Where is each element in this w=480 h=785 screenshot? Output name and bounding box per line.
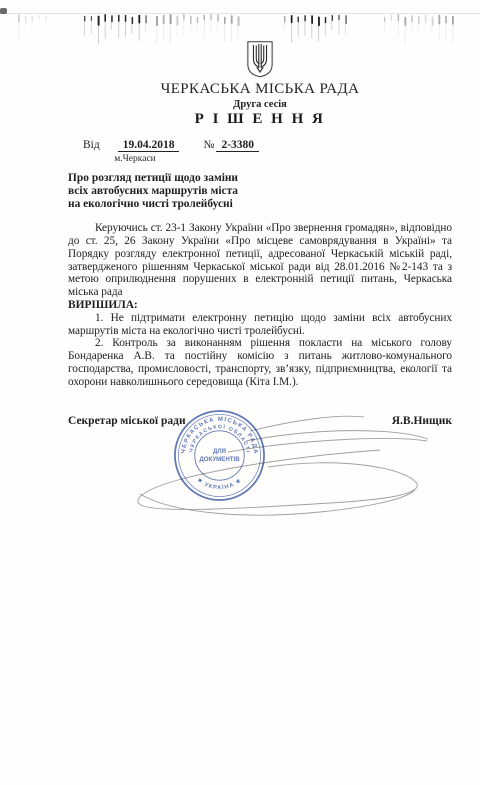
city-label: м.Черкаси bbox=[85, 154, 185, 164]
number-value: 2-3380 bbox=[216, 139, 259, 152]
preamble-paragraph: Керуючись ст. 23-1 Закону України «Про з… bbox=[68, 222, 452, 299]
document-type-title: Р І Ш Е Н Н Я bbox=[68, 111, 452, 128]
stamp-center-line1: ДЛЯ bbox=[213, 448, 226, 455]
stamp-center-line2: ДОКУМЕНТІВ bbox=[199, 456, 240, 463]
signer-name: Я.В.Нищик bbox=[392, 415, 452, 427]
stamp-ring-bottom-text: ✱ УКРАЇНА ✱ bbox=[196, 477, 243, 491]
session-label: Друга сесія bbox=[68, 99, 452, 110]
signer-title: Секретар міської ради bbox=[68, 415, 186, 427]
decision-item-1: 1. Не підтримати електронну петицію щодо… bbox=[68, 312, 452, 338]
date-value: 19.04.2018 bbox=[118, 139, 180, 152]
svg-text:✱ УКРАЇНА ✱: ✱ УКРАЇНА ✱ bbox=[196, 477, 243, 491]
document-body: Про розгляд петиції щодо заміни всіх авт… bbox=[68, 172, 452, 427]
council-name: ЧЕРКАСЬКА МІСЬКА РАДА bbox=[68, 81, 452, 98]
official-round-stamp: ЧЕРКАСЬКА МІСЬКА РАДА ЧЕРКАСЬКОЇ ОБЛАСТІ… bbox=[172, 408, 267, 503]
date-label: Від bbox=[83, 139, 100, 151]
ukraine-trident-emblem-icon bbox=[246, 40, 274, 78]
number-label: № bbox=[203, 139, 214, 151]
subject-paragraph: Про розгляд петиції щодо заміни всіх авт… bbox=[68, 172, 238, 211]
scanned-document-page: ЧЕРКАСЬКА МІСЬКА РАДА Друга сесія Р І Ш … bbox=[0, 0, 480, 785]
decision-item-2: 2. Контроль за виконанням рішення поклас… bbox=[68, 337, 452, 388]
date-number-row: Від 19.04.2018 № 2-3380 bbox=[83, 139, 259, 152]
scan-artifact-marks bbox=[0, 0, 480, 55]
resolved-label: ВИРІШИЛА: bbox=[68, 299, 452, 312]
